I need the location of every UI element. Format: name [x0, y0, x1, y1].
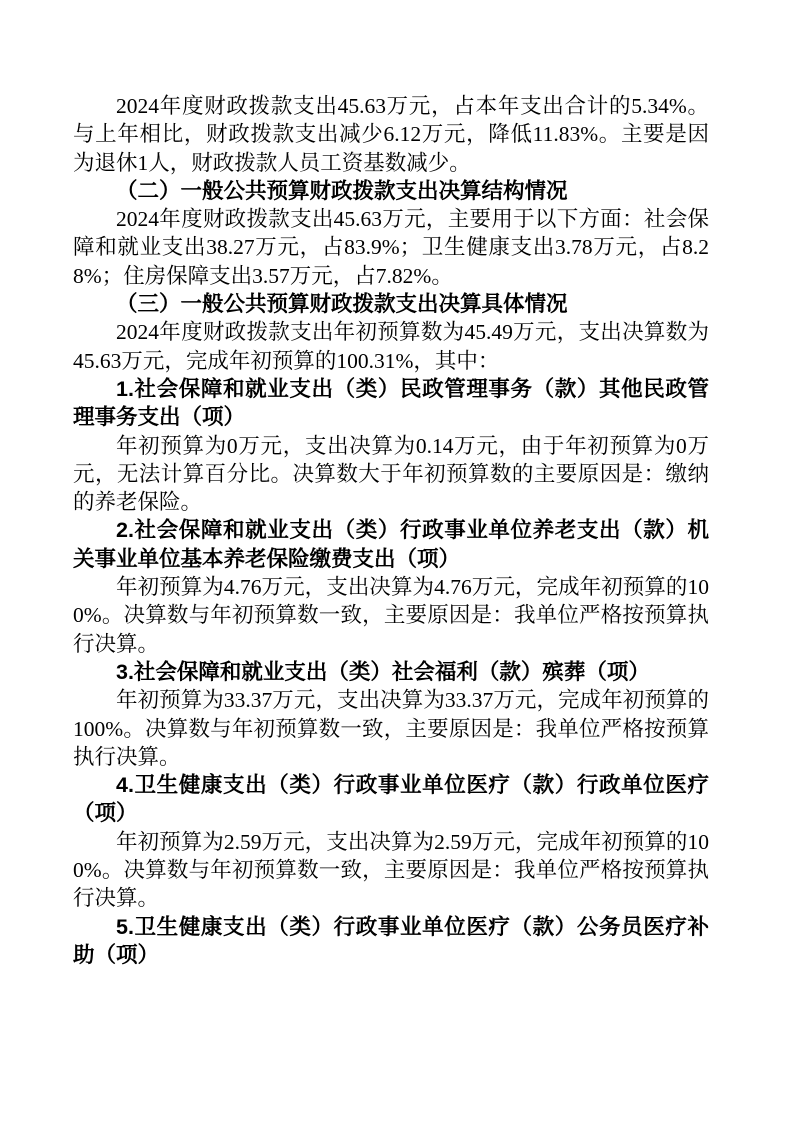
- paragraph-item-1-detail: 年初预算为0万元，支出决算为0.14万元，由于年初预算为0万元，无法计算百分比。…: [73, 432, 709, 517]
- heading-item-1-civil-affairs: 1.社会保障和就业支出（类）民政管理事务（款）其他民政管理事务支出（项）: [73, 375, 709, 432]
- heading-item-2-pension-contribution: 2.社会保障和就业支出（类）行政事业单位养老支出（款）机关事业单位基本养老保险缴…: [73, 516, 709, 573]
- heading-section-3-details: （三）一般公共预算财政拨款支出决算具体情况: [73, 290, 709, 318]
- paragraph-fiscal-expenditure-overview: 2024年度财政拨款支出45.63万元，占本年支出合计的5.34%。与上年相比，…: [73, 92, 709, 177]
- paragraph-expenditure-structure: 2024年度财政拨款支出45.63万元，主要用于以下方面：社会保障和就业支出38…: [73, 205, 709, 290]
- heading-item-3-funeral: 3.社会保障和就业支出（类）社会福利（款）殡葬（项）: [73, 658, 709, 686]
- document-body: 2024年度财政拨款支出45.63万元，占本年支出合计的5.34%。与上年相比，…: [73, 92, 709, 969]
- paragraph-budget-vs-final: 2024年度财政拨款支出年初预算数为45.49万元，支出决算数为45.63万元，…: [73, 318, 709, 375]
- document-page: 2024年度财政拨款支出45.63万元，占本年支出合计的5.34%。与上年相比，…: [0, 0, 793, 1122]
- paragraph-item-2-detail: 年初预算为4.76万元，支出决算为4.76万元，完成年初预算的100%。决算数与…: [73, 573, 709, 658]
- heading-item-5-civil-servant-medical: 5.卫生健康支出（类）行政事业单位医疗（款）公务员医疗补助（项）: [73, 913, 709, 970]
- paragraph-item-4-detail: 年初预算为2.59万元，支出决算为2.59万元，完成年初预算的100%。决算数与…: [73, 828, 709, 913]
- heading-section-2-structure: （二）一般公共预算财政拨款支出决算结构情况: [73, 177, 709, 205]
- paragraph-item-3-detail: 年初预算为33.37万元，支出决算为33.37万元，完成年初预算的100%。决算…: [73, 686, 709, 771]
- heading-item-4-admin-medical: 4.卫生健康支出（类）行政事业单位医疗（款）行政单位医疗（项）: [73, 771, 709, 828]
